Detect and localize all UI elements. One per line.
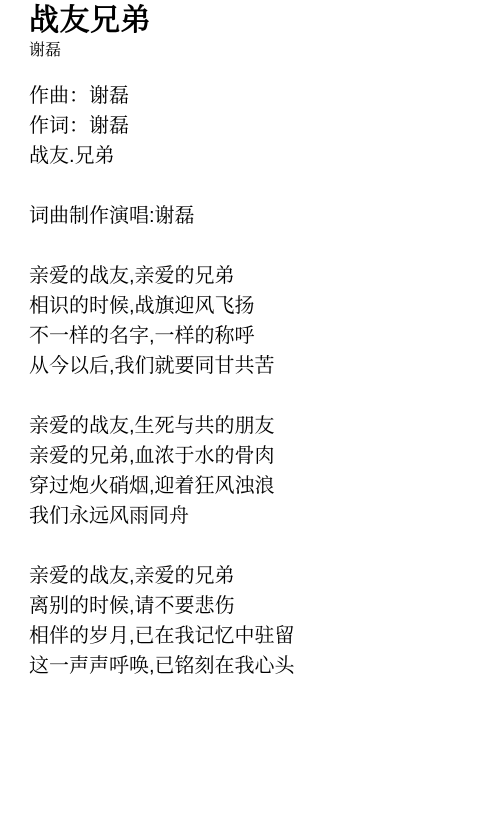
lyrics-page: 战友兄弟 谢磊 作曲：谢磊 作词：谢磊 战友.兄弟 词曲制作演唱:谢磊 亲爱的战… xyxy=(0,0,500,681)
verse-1: 亲爱的战友,亲爱的兄弟 相识的时候,战旗迎风飞扬 不一样的名字,一样的称呼 从今… xyxy=(29,261,480,381)
artist-name: 谢磊 xyxy=(29,40,480,62)
credit-block: 词曲制作演唱:谢磊 xyxy=(29,201,480,231)
lyricist-line: 作词：谢磊 xyxy=(29,111,480,141)
lyric-line: 穿过炮火硝烟,迎着狂风浊浪 xyxy=(29,471,480,501)
verse-3: 亲爱的战友,亲爱的兄弟 离别的时候,请不要悲伤 相伴的岁月,已在我记忆中驻留 这… xyxy=(29,561,480,681)
lyric-line: 亲爱的战友,生死与共的朋友 xyxy=(29,411,480,441)
lyric-line: 不一样的名字,一样的称呼 xyxy=(29,321,480,351)
composer-line: 作曲：谢磊 xyxy=(29,81,480,111)
lyric-line: 我们永远风雨同舟 xyxy=(29,501,480,531)
lyric-line: 亲爱的兄弟,血浓于水的骨肉 xyxy=(29,441,480,471)
verse-2: 亲爱的战友,生死与共的朋友 亲爱的兄弟,血浓于水的骨肉 穿过炮火硝烟,迎着狂风浊… xyxy=(29,411,480,531)
lyric-line: 离别的时候,请不要悲伤 xyxy=(29,591,480,621)
song-alt-title-line: 战友.兄弟 xyxy=(29,141,480,171)
lyric-line: 亲爱的战友,亲爱的兄弟 xyxy=(29,261,480,291)
lyric-line: 这一声声呼唤,已铭刻在我心头 xyxy=(29,651,480,681)
lyric-line: 相识的时候,战旗迎风飞扬 xyxy=(29,291,480,321)
credit-line: 词曲制作演唱:谢磊 xyxy=(29,201,480,231)
song-meta: 作曲：谢磊 作词：谢磊 战友.兄弟 xyxy=(29,81,480,171)
lyric-line: 亲爱的战友,亲爱的兄弟 xyxy=(29,561,480,591)
song-title: 战友兄弟 xyxy=(29,2,480,40)
lyric-line: 从今以后,我们就要同甘共苦 xyxy=(29,351,480,381)
lyric-line: 相伴的岁月,已在我记忆中驻留 xyxy=(29,621,480,651)
